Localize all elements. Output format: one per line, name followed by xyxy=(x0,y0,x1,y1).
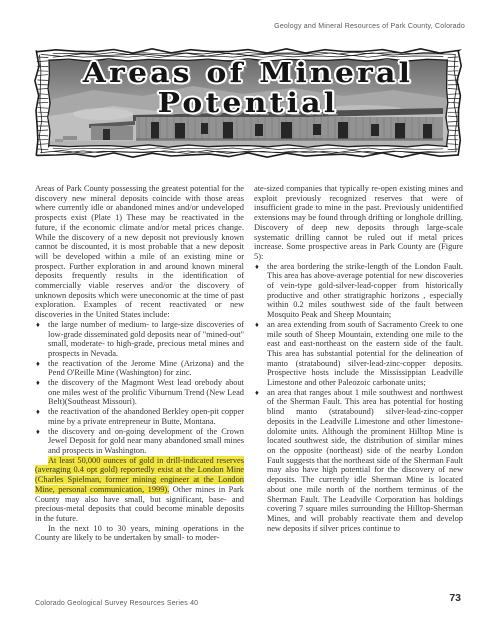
paragraph-outlook: In the next 10 to 30 years, mining opera… xyxy=(35,524,244,543)
title-banner: Areas of Mineral Potential xyxy=(33,44,463,162)
bullet-item: ♦ an area extending from south of Sacram… xyxy=(254,320,463,388)
bullet-text: the discovery of the Magmont West lead o… xyxy=(48,378,244,406)
diamond-bullet-icon: ♦ xyxy=(255,320,259,330)
document-page: Geology and Mineral Resources of Park Co… xyxy=(0,0,495,640)
paragraph-london-mine: At least 50,000 ounces of gold in drill-… xyxy=(35,456,244,524)
bullet-item: ♦ the discovery of the Magmont West lead… xyxy=(35,378,244,407)
right-column: ate-sized companies that typically re-op… xyxy=(254,184,463,543)
bullet-item: ♦ the large number of medium- to large-s… xyxy=(35,320,244,359)
footer-series-label: Colorado Geological Survey Resources Ser… xyxy=(35,600,198,607)
bullet-text: the area bordering the strike-length of … xyxy=(267,262,463,320)
page-title: Areas of Mineral Potential xyxy=(33,59,463,119)
title-line-2: Potential xyxy=(12,89,485,119)
diamond-bullet-icon: ♦ xyxy=(36,427,40,437)
diamond-bullet-icon: ♦ xyxy=(36,407,40,417)
title-line-1: Areas of Mineral xyxy=(12,59,485,89)
page-number: 73 xyxy=(449,592,461,604)
bullet-text: the reactivation of the Jerome Mine (Ari… xyxy=(48,359,244,378)
bullet-text: an area that ranges about 1 mile southwe… xyxy=(267,388,463,533)
diamond-bullet-icon: ♦ xyxy=(36,320,40,330)
body-columns: Areas of Park County possessing the grea… xyxy=(35,184,463,543)
running-header: Geology and Mineral Resources of Park Co… xyxy=(274,23,465,30)
bullet-item: ♦ the reactivation of the Jerome Mine (A… xyxy=(35,359,244,378)
bullet-item: ♦ an area that ranges about 1 mile south… xyxy=(254,388,463,534)
bullet-item: ♦ the discovery and on-going development… xyxy=(35,427,244,456)
bullet-text: the large number of medium- to large-siz… xyxy=(48,320,244,358)
bullet-text: the discovery and on-going development o… xyxy=(48,427,244,455)
left-column: Areas of Park County possessing the grea… xyxy=(35,184,244,543)
bullet-item: ♦ the area bordering the strike-length o… xyxy=(254,262,463,320)
diamond-bullet-icon: ♦ xyxy=(36,378,40,388)
diamond-bullet-icon: ♦ xyxy=(255,388,259,398)
diamond-bullet-icon: ♦ xyxy=(255,262,259,272)
paragraph-continuation: ate-sized companies that typically re-op… xyxy=(254,184,463,262)
bullet-item: ♦ the reactivation of the abandoned Berk… xyxy=(35,407,244,426)
bullet-text: an area extending from south of Sacramen… xyxy=(267,320,463,387)
bullet-text: the reactivation of the abandoned Berkle… xyxy=(48,407,244,426)
diamond-bullet-icon: ♦ xyxy=(36,359,40,369)
paragraph-intro: Areas of Park County possessing the grea… xyxy=(35,184,244,320)
